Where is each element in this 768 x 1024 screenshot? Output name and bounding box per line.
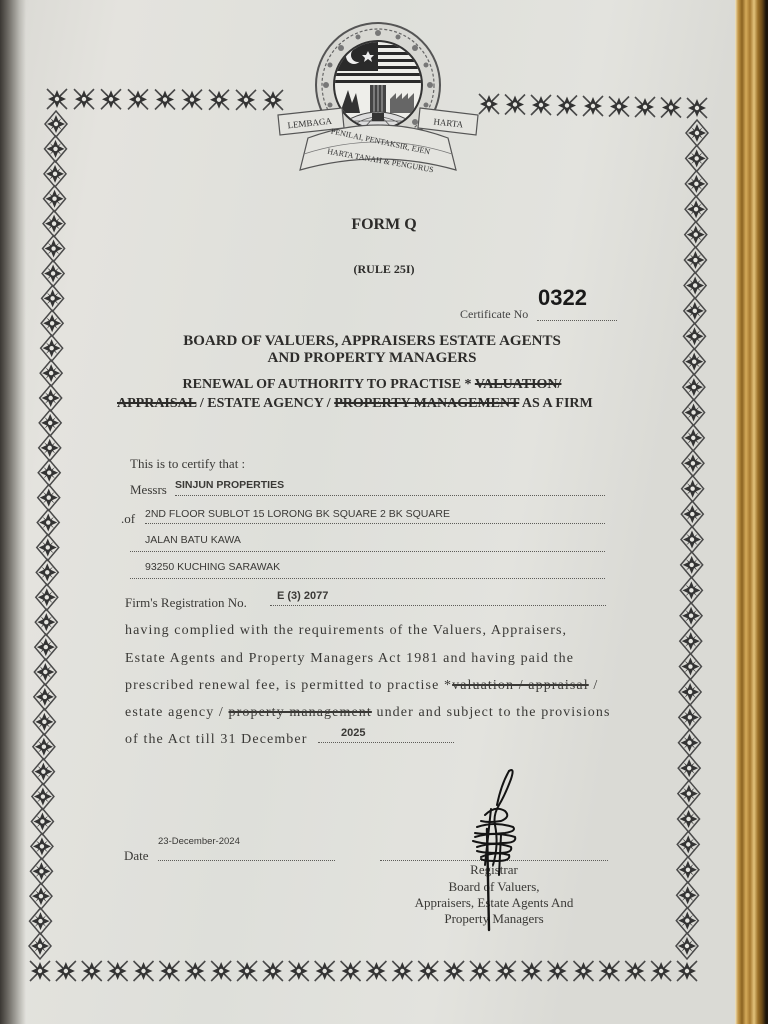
address-line3: 93250 KUCHING SARAWAK <box>145 561 280 573</box>
issue-date: 23-December-2024 <box>158 836 240 847</box>
body-line1: having complied with the requirements of… <box>125 623 567 639</box>
body-line4-prefix: estate agency / <box>125 705 229 720</box>
rule-reference: (RULE 25I) <box>0 262 768 277</box>
address-line2: JALAN BATU KAWA <box>145 534 241 546</box>
body-line3-suffix: / <box>589 678 599 693</box>
struck-valuation: VALUATION/ <box>475 377 562 392</box>
certificate-number: 0322 <box>538 285 587 311</box>
valid-year-line <box>318 742 454 743</box>
certificate-number-line <box>537 320 617 321</box>
certificate-number-label: Certificate No <box>460 307 528 322</box>
board-name-line2: AND PROPERTY MANAGERS <box>0 350 744 367</box>
body-line4-suffix: under and subject to the provisions <box>372 705 611 720</box>
date-line <box>158 860 335 861</box>
date-label: Date <box>124 848 149 864</box>
body-line5: of the Act till 31 December <box>125 732 307 748</box>
handwritten-signature-icon <box>465 765 525 935</box>
valid-year: 2025 <box>341 727 365 739</box>
struck-valuation-appraisal: valuation / appraisal <box>452 678 589 693</box>
firm-name-line <box>175 495 605 496</box>
body-line2: Estate Agents and Property Managers Act … <box>125 651 574 667</box>
messrs-label: Messrs <box>130 482 167 498</box>
address-line3-rule <box>130 578 605 579</box>
renewal-title-line1: RENEWAL OF AUTHORITY TO PRACTISE * VALUA… <box>0 377 744 393</box>
renewal-suffix: AS A FIRM <box>519 396 593 411</box>
firm-name: SINJUN PROPERTIES <box>175 479 284 491</box>
address-line1-rule <box>145 523 605 524</box>
certificate-photo: LEMBAGA HARTA PENILAI, PENTAKSIR, EJEN H… <box>0 0 768 1024</box>
body-line3: prescribed renewal fee, is permitted to … <box>125 678 598 694</box>
board-crest-seal: LEMBAGA HARTA PENILAI, PENTAKSIR, EJEN H… <box>270 20 490 195</box>
address-line2-rule <box>130 551 605 552</box>
registration-line <box>270 605 606 606</box>
certify-intro: This is to certify that : <box>130 456 245 472</box>
body-line3-prefix: prescribed renewal fee, is permitted to … <box>125 678 452 693</box>
body-line4: estate agency / property management unde… <box>125 705 611 721</box>
renewal-mid: / ESTATE AGENCY / <box>196 396 334 411</box>
address-of-label: .of <box>121 511 135 527</box>
registration-number: E (3) 2077 <box>277 590 328 602</box>
address-line1: 2ND FLOOR SUBLOT 15 LORONG BK SQUARE 2 B… <box>145 508 450 520</box>
form-title: FORM Q <box>0 216 768 234</box>
renewal-prefix: RENEWAL OF AUTHORITY TO PRACTISE * <box>183 377 475 392</box>
struck-appraisal: APPRAISAL <box>117 396 196 411</box>
renewal-title-line2: APPRAISAL / ESTATE AGENCY / PROPERTY MAN… <box>117 396 593 412</box>
struck-property-management-body: property management <box>229 705 372 720</box>
registration-label: Firm's Registration No. <box>125 595 247 611</box>
struck-property-management: PROPERTY MANAGEMENT <box>334 396 519 411</box>
board-name-line1: BOARD OF VALUERS, APPRAISERS ESTATE AGEN… <box>0 333 744 350</box>
